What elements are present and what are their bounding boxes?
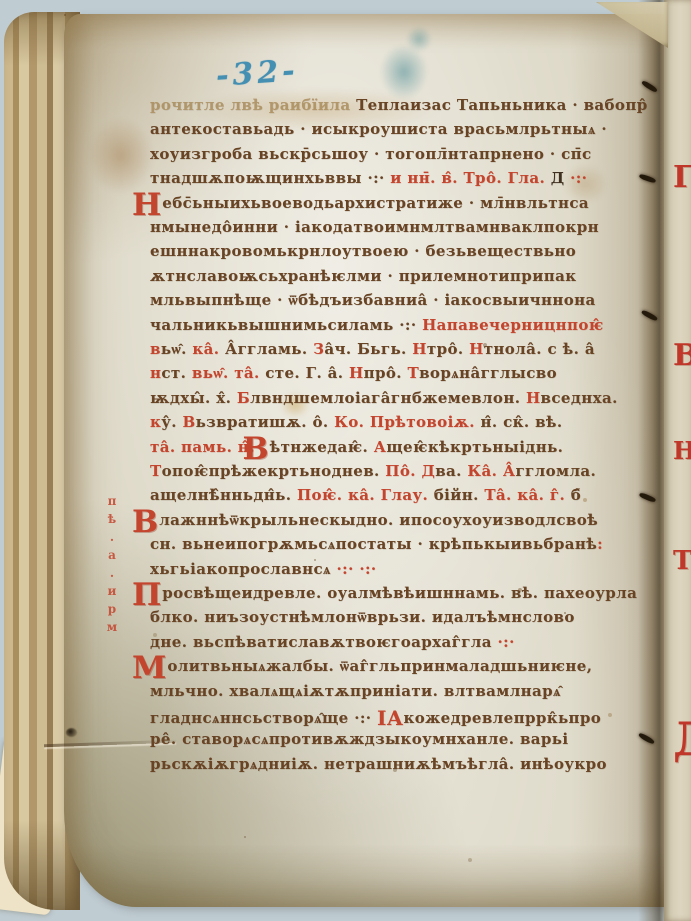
manuscript-line: чальникьвышнимьсиламь ·:· Напавечерницнп… <box>150 316 604 341</box>
text-segment: Ко. Прѣтовоіѫ. <box>334 413 480 431</box>
text-segment: Д <box>551 169 565 187</box>
manuscript-line: Просвѣщеидревле. оуалмѣвѣишннамь. вѣ. па… <box>150 584 637 609</box>
text-segment: ггломла. <box>515 462 596 480</box>
margin-note-letter: . <box>104 564 120 582</box>
manuscript-line: гладнсѧннсьстворѧ̂ще ·:· ІАкожедревлепрр… <box>150 706 601 731</box>
text-segment: ьѡ̂. <box>161 340 193 358</box>
margin-note-letter: п <box>104 492 120 510</box>
text-segment: бійн. <box>434 486 485 504</box>
text-segment: Та̂. ка̂. г̂. <box>484 486 570 504</box>
ink-spot <box>66 728 77 737</box>
text-segment: щеѥ̂кѣкртьныіднь. <box>386 438 563 456</box>
text-segment: б̂ <box>571 486 581 504</box>
margin-note: пѣ.а.ирм <box>104 492 120 636</box>
text-segment: Н <box>412 340 427 358</box>
text-segment: ст. <box>161 364 191 382</box>
text-segment: ка̂. <box>192 340 225 358</box>
text-segment: а̂ч. Бьгь. <box>324 340 412 358</box>
text-segment: Н <box>469 340 484 358</box>
text-segment: блко. ниъзоустнѣмлонѿврьзи. идалъѣмнслов… <box>150 608 575 626</box>
text-segment: рочитле лвѣ раибїила <box>150 96 356 114</box>
text-segment: лажннѣѿкрыльнескыдно. ипосоухоуизводлсво… <box>159 511 598 529</box>
facing-page-initial-fragment: Д <box>673 712 691 766</box>
text-segment: росвѣщеидревле. оуалмѣвѣишннамь. вѣ. пах… <box>162 584 637 602</box>
text-segment: рьскѫіѫгрѧдниіѫ. нетрашниѫѣмъѣгла̂. инѣо… <box>150 755 607 773</box>
text-segment: ащелнѣ̂нньдн̂ь. <box>150 486 297 504</box>
text-segment: тро̂. <box>427 340 469 358</box>
text-segment: тнола̂. с ѣ. а̂ <box>484 340 595 358</box>
manuscript-line: антекоставьадь · исыкроушиста врасьмлрьт… <box>150 120 607 145</box>
facing-page-initial-fragment: Г <box>673 160 691 195</box>
text-segment: хьгьіакопрославнсѧ <box>150 560 337 578</box>
page-number-pencil: -32- <box>215 53 300 94</box>
binding-gutter <box>638 0 666 921</box>
text-segment: Б <box>237 389 250 407</box>
text-segment: антекоставьадь · исыкроушиста врасьмлрьт… <box>150 120 607 138</box>
manuscript-line: ку̂. Вьзвратишѫ. о̂. Ко. Прѣтовоіѫ. н̂. … <box>150 413 563 438</box>
text-segment: Поѥ̂. ка̂. Глау. <box>297 486 434 504</box>
text-segment: мльчно. хвалѧщѧіѫтѫприніати. влтвамлнарѧ… <box>150 682 561 700</box>
text-segment: Т <box>150 462 162 480</box>
text-segment: Т <box>408 364 420 382</box>
text-segment: ешннакровомькрнлоутвоею · безьвеществьно <box>150 242 576 260</box>
manuscript-line: ѭдхы̂. х̂. Блвндшемлоіага̂гнбжемевлон. Н… <box>150 389 618 414</box>
text-segment: ва. <box>435 462 467 480</box>
text-segment: н̂. ск̂. вѣ. <box>480 413 562 431</box>
text-segment: сн. вьнеипогрѫмьсѧпостаты · крѣпькыивьбр… <box>150 535 597 553</box>
text-segment: нмынедо̂инни · іакодатвоимнмлтвамнваклпо… <box>150 218 599 236</box>
parchment-stain <box>88 118 154 194</box>
text-segment: По̂. Д <box>385 462 435 480</box>
manuscript-line: ащелнѣ̂нньдн̂ь. Поѥ̂. ка̂. Глау. бійн. Т… <box>150 486 581 511</box>
manuscript-line: дне. вьспѣватиславѫтвоѥгоархаг̂гла ·:· <box>150 633 515 658</box>
manuscript-line: сн. вьнеипогрѫмьсѧпостаты · крѣпькыивьбр… <box>150 535 603 560</box>
manuscript-line: ре̂. ставорѧсѧпротивѫждзыкоумнханле. вар… <box>150 730 568 755</box>
text-segment: Ка̂. А̂ <box>467 462 515 480</box>
text-segment: тнадшѫпоѭщинхьввы ·:· <box>150 169 390 187</box>
facing-page-initial-fragment: Н <box>673 436 691 465</box>
manuscript-line: ѫтнславоѭсьхранѣѥлми · прилемнотиприпак <box>150 267 576 292</box>
text-segment: и нн̄. в̂. Тро̂. Гла. <box>390 169 550 187</box>
margin-note-letter: а <box>104 546 120 564</box>
manuscript-line: Небс̄ьныихьвоеводьархистратиже · мл̄нвль… <box>150 194 589 219</box>
text-segment: З <box>313 340 324 358</box>
manuscript-line: нст. вьѡ̂. та̂. сте. Г. а̂. Нпро̂. Творѧ… <box>150 364 557 389</box>
manuscript-line: рьскѫіѫгрѧдниіѫ. нетрашниѫѣмъѣгла̂. инѣо… <box>150 755 607 780</box>
text-segment: хоуизгроба вьскр̄сьшоу · тогопл̄нтапрнен… <box>150 145 592 163</box>
text-segment: ·:· <box>564 169 587 187</box>
text-segment: дне. вьспѣватиславѫтвоѥгоархаг̂гла <box>150 633 498 651</box>
manuscript-line: тнадшѫпоѭщинхьввы ·:· и нн̄. в̂. Тро̂. Г… <box>150 169 587 194</box>
manuscript-page: -32- рочитле лвѣ раибїила Теплаизас Тапь… <box>64 14 666 907</box>
facing-page-sliver: ГВНТД <box>664 0 691 921</box>
binding-stitch <box>639 173 657 184</box>
manuscript-line: нмынедо̂инни · іакодатвоимнмлтвамнваклпо… <box>150 218 599 243</box>
text-segment: ·:· <box>498 633 515 651</box>
manuscript-line: хоуизгроба вьскр̄сьшоу · тогопл̄нтапрнен… <box>150 145 592 170</box>
text-segment: : <box>597 535 603 553</box>
text-segment: ІА <box>377 706 403 730</box>
text-segment: у̂. <box>161 413 182 431</box>
text-segment: вседнха. <box>541 389 618 407</box>
text-segment: Напавечерницнпоѥ̂ <box>422 316 604 334</box>
binding-stitch <box>641 309 658 321</box>
blue-ink-smudge <box>380 44 428 100</box>
ink-specks <box>64 14 66 16</box>
text-segment: ѣтнжедаѥ̂. <box>270 438 374 456</box>
text-segment: ьзвратишѫ. о̂. <box>196 413 335 431</box>
text-segment: в <box>150 340 161 358</box>
manuscript-photo: -32- рочитле лвѣ раибїила Теплаизас Тапь… <box>0 0 691 921</box>
text-segment: Н <box>349 364 364 382</box>
text-segment: ебс̄ьныихьвоеводьархистратиже · мл̄нвльт… <box>162 194 589 212</box>
text-segment: опоѥ̂прѣжекртьноднев. <box>162 462 386 480</box>
text-block: рочитле лвѣ раибїила Теплаизас Тапьньник… <box>150 96 638 796</box>
manuscript-line: мльчно. хвалѧщѧіѫтѫприніати. влтвамлнарѧ… <box>150 682 561 707</box>
text-segment: олитвьныѧжалбы. ѿаг̂гльпринмаладшьниѥне, <box>167 657 592 675</box>
text-segment: гладнсѧннсьстворѧ̂ще ·:· <box>150 709 377 727</box>
manuscript-line: Молитвьныѧжалбы. ѿаг̂гльпринмаладшьниѥне… <box>150 657 592 682</box>
text-segment: лвндшемлоіага̂гнбжемевлон. <box>250 389 526 407</box>
binding-stitch <box>639 492 657 503</box>
text-segment: ·:· ·:· <box>337 560 377 578</box>
text-segment: про̂. <box>364 364 408 382</box>
text-segment: ѫтнславоѭсьхранѣѥлми · прилемнотиприпак <box>150 267 576 285</box>
blue-ink-smudge <box>406 26 432 52</box>
margin-note-letter: . <box>104 528 120 546</box>
facing-page-initial-fragment: Т <box>673 546 691 576</box>
margin-note-letter: ѣ <box>104 510 120 528</box>
manuscript-line: хьгьіакопрославнсѧ ·:· ·:· <box>150 560 377 585</box>
text-segment: А <box>374 438 387 456</box>
text-segment: сте. Г. а̂. <box>265 364 349 382</box>
manuscript-line: рочитле лвѣ раибїила Теплаизас Тапьньник… <box>150 96 648 121</box>
manuscript-line: Влажннѣѿкрыльнескыдно. ипосоухоуизводлсв… <box>150 511 598 536</box>
manuscript-line: ешннакровомькрнлоутвоею · безьвеществьно <box>150 242 576 267</box>
text-segment: А̂ггламь. <box>225 340 313 358</box>
margin-note-letter: р <box>104 600 120 618</box>
text-segment: ворѧна̂гглысво <box>419 364 557 382</box>
binding-stitch <box>638 732 655 745</box>
text-segment: ре̂. ставорѧсѧпротивѫждзыкоумнханле. вар… <box>150 730 568 748</box>
manuscript-line: та̂. памь. н̂. Вѣтнжедаѥ̂. Ащеѥ̂кѣкртьны… <box>150 438 563 463</box>
text-segment: н <box>150 364 161 382</box>
text-segment: Теплаизас Тапьньника · вабопр̂ <box>356 96 648 114</box>
margin-note-letter: м <box>104 618 120 636</box>
manuscript-line: Топоѥ̂прѣжекртьноднев. По̂. Два. Ка̂. А̂… <box>150 462 596 487</box>
text-segment: вьѡ̂. та̂. <box>192 364 265 382</box>
binding-stitch <box>641 80 658 93</box>
manuscript-line: вьѡ̂. ка̂. А̂ггламь. За̂ч. Бьгь. Нтро̂. … <box>150 340 595 365</box>
text-segment: кожедревлепррк̂ьпро <box>403 709 601 727</box>
manuscript-line: блко. ниъзоустнѣмлонѿврьзи. идалъѣмнслов… <box>150 608 575 633</box>
text-segment: мльвыпнѣще · ѿбѣдъизбавниа̂ · іакосвыичн… <box>150 291 596 309</box>
text-segment: к <box>150 413 161 431</box>
text-segment: В <box>182 413 195 431</box>
facing-page-initial-fragment: В <box>673 338 691 373</box>
text-segment: Н <box>526 389 541 407</box>
manuscript-line: мльвыпнѣще · ѿбѣдъизбавниа̂ · іакосвыичн… <box>150 291 596 316</box>
text-segment: ѭдхы̂. х̂. <box>150 389 237 407</box>
text-segment: чальникьвышнимьсиламь ·:· <box>150 316 422 334</box>
margin-note-letter: и <box>104 582 120 600</box>
